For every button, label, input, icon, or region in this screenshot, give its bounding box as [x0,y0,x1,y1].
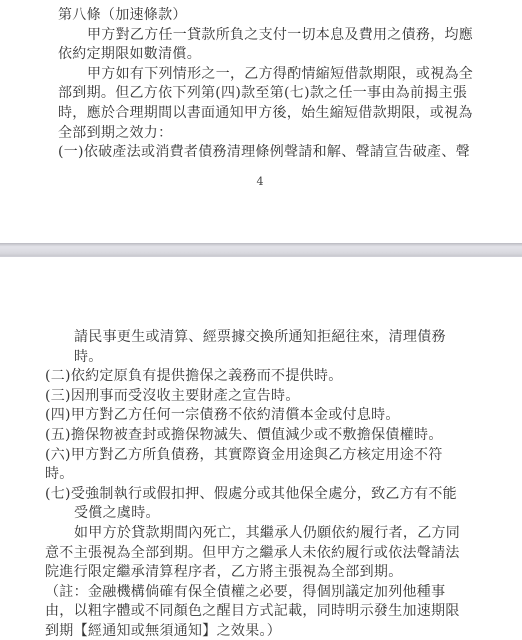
text-line: （註：金融機構倘確有保全債權之必要，得個別議定加列他種事 [45,583,522,603]
text-line: 部到期。但乙方依下列第(四)款至第(七)款之任一事由為前揭主張 [58,84,522,104]
text-line: (六)甲方對乙方所負債務，其實際資金用途與乙方核定用途不符 [45,446,522,466]
text-line: (三)因刑事而受沒收主要財產之宣告時。 [45,387,522,407]
page-4-text-block: 第八條（加速條款）甲方對乙方任一貸款所負之支付一切本息及費用之債務，均應依約定期… [58,6,522,163]
document-page-4: 第八條（加速條款）甲方對乙方任一貸款所負之支付一切本息及費用之債務，均應依約定期… [0,0,522,243]
page-5-text-block: 請民事更生或清算、經票據交換所通知拒絕往來，清理債務時。(二)依約定原負有提供擔… [45,328,522,640]
page-break-separator [0,243,522,257]
text-line: 請民事更生或清算、經票據交換所通知拒絕往來，清理債務 [45,328,522,348]
text-line: 甲方如有下列情形之一，乙方得酌情縮短借款期限，或視為全 [58,65,522,85]
text-line: (五)擔保物被查封或擔保物滅失、價值減少或不敷擔保債權時。 [45,426,522,446]
text-line: 由，以粗字體或不同顏色之醒目方式記載，同時明示發生加速期限 [45,602,522,622]
text-line: (二)依約定原負有提供擔保之義務而不提供時。 [45,367,522,387]
text-line: 院進行限定繼承清算程序者，乙方將主張視為全部到期。 [45,563,522,583]
document-page-5: 請民事更生或清算、經票據交換所通知拒絕往來，清理債務時。(二)依約定原負有提供擔… [0,257,522,640]
text-line: (四)甲方對乙方任何一宗債務不依約清償本金或付息時。 [45,406,522,426]
text-line: 受償之虞時。 [45,504,522,524]
text-line: 時，應於合理期間以書面通知甲方後，始生縮短借款期限，或視為 [58,104,522,124]
document-viewer: 第八條（加速條款）甲方對乙方任一貸款所負之支付一切本息及費用之債務，均應依約定期… [0,0,522,640]
text-line: 意不主張視為全部到期。但甲方之繼承人未依約履行或依法聲請法 [45,544,522,564]
text-line: 到期【經通知或無須通知】之效果。） [45,622,522,640]
text-line: 甲方對乙方任一貸款所負之支付一切本息及費用之債務，均應 [58,26,522,46]
text-line: 時。 [45,348,522,368]
text-line: 如甲方於貸款期間內死亡，其繼承人仍願依約履行者，乙方同 [45,524,522,544]
text-line: 全部到期之效力： [58,124,522,144]
text-line: 第八條（加速條款） [58,6,522,26]
text-line: 依約定期限如數清償。 [58,45,522,65]
text-line: (一)依破產法或消費者債務清理條例聲請和解、聲請宣告破產、聲 [58,143,522,163]
page-number: 4 [58,175,462,188]
text-line: (七)受強制執行或假扣押、假處分或其他保全處分，致乙方有不能 [45,485,522,505]
text-line: 時。 [45,465,522,485]
